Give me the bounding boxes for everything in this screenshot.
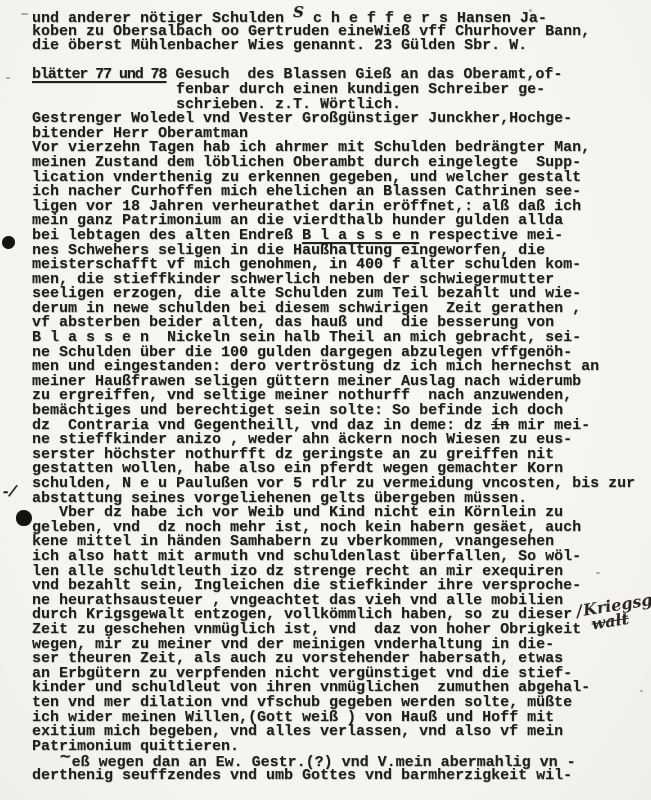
text-line: Patrimonium quittieren. — [32, 740, 651, 755]
scan-speck — [529, 9, 532, 12]
scan-speck — [323, 98, 326, 101]
text-line: derthenig seuffzendes vnd umb Gottes vnd… — [32, 769, 651, 784]
scan-speck — [596, 572, 600, 574]
document-lines: und anderer nötiger Schulden S c h e f f… — [32, 10, 651, 783]
margin-bullet-icon — [16, 510, 32, 526]
scan-speck — [21, 13, 28, 15]
scanned-document-page: und anderer nötiger Schulden S c h e f f… — [0, 0, 651, 800]
margin-bullet-icon — [2, 236, 15, 249]
scan-speck — [6, 77, 10, 79]
scan-speck — [640, 690, 643, 692]
margin-check-mark: -/ — [0, 484, 17, 501]
scan-speck — [168, 47, 171, 50]
text-line: die öberst Mühlenbacher Wies genannt. 23… — [32, 39, 651, 54]
